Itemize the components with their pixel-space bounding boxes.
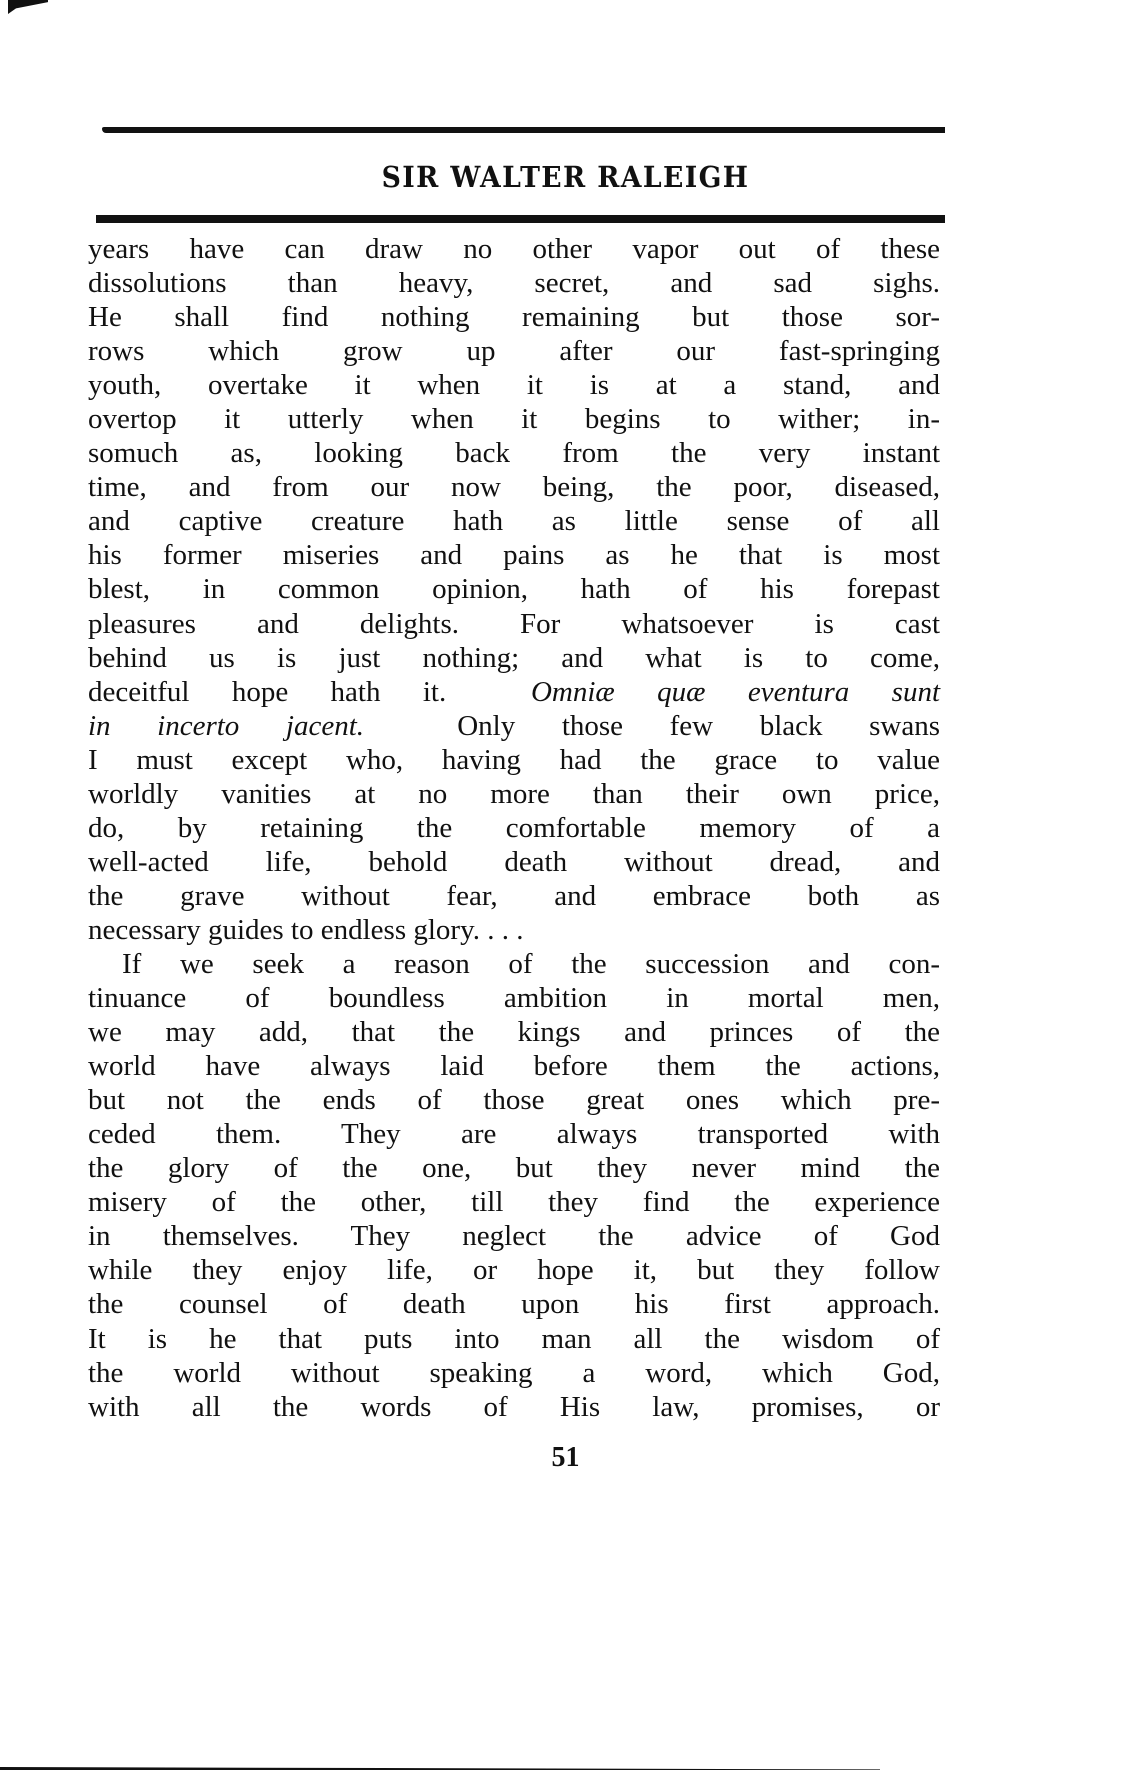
header-rule-top: [102, 127, 945, 133]
text-line: rows which grow up after our fast-spring…: [88, 334, 940, 368]
text-line: somuch as, looking back from the very in…: [88, 436, 940, 470]
text-line: blest, in common opinion, hath of his fo…: [88, 572, 940, 606]
latin-phrase: Omniæ quæ eventura sunt: [531, 676, 940, 708]
text-line: dissolutions than heavy, secret, and sad…: [88, 266, 940, 300]
text-line: youth, overtake it when it is at a stand…: [88, 368, 940, 402]
text-line: It is he that puts into man all the wisd…: [88, 1322, 940, 1356]
text-line: I must except who, having had the grace …: [88, 743, 940, 777]
text-line: in themselves. They neglect the advice o…: [88, 1219, 940, 1253]
body-text: years have can draw no other vapor out o…: [88, 232, 940, 1424]
text-line: years have can draw no other vapor out o…: [88, 232, 940, 266]
text-line: world have always laid before them the a…: [88, 1049, 940, 1083]
latin-phrase: in incerto jacent.: [88, 710, 364, 742]
text-span: Only those few black swans: [457, 710, 940, 742]
text-line: while they enjoy life, or hope it, but t…: [88, 1253, 940, 1287]
text-line: behind us is just nothing; and what is t…: [88, 641, 940, 675]
text-line: ceded them. They are always transported …: [88, 1117, 940, 1151]
text-line: misery of the other, till they find the …: [88, 1185, 940, 1219]
text-span: deceitful hope hath it.: [88, 676, 446, 708]
text-line: He shall find nothing remaining but thos…: [88, 300, 940, 334]
text-line: the glory of the one, but they never min…: [88, 1151, 940, 1185]
text-line-mixed: deceitful hope hath it. Omniæ quæ eventu…: [88, 675, 940, 709]
text-line: the grave without fear, and embrace both…: [88, 879, 940, 913]
text-line: but not the ends of those great ones whi…: [88, 1083, 940, 1117]
text-line: and captive creature hath as little sens…: [88, 504, 940, 538]
page-bottom-edge: [0, 1767, 880, 1770]
text-line: pleasures and delights. For whatsoever i…: [88, 607, 940, 641]
text-line: worldly vanities at no more than their o…: [88, 777, 940, 811]
text-line: do, by retaining the comfortable memory …: [88, 811, 940, 845]
text-line: tinuance of boundless ambition in mortal…: [88, 981, 940, 1015]
text-line: his former miseries and pains as he that…: [88, 538, 940, 572]
text-line: overtop it utterly when it begins to wit…: [88, 402, 940, 436]
text-line: we may add, that the kings and princes o…: [88, 1015, 940, 1049]
text-line: If we seek a reason of the succession an…: [88, 947, 940, 981]
text-line-mixed: in incerto jacent. Only those few black …: [88, 709, 940, 743]
page-corner-mark: [8, 0, 48, 14]
text-line: with all the words of His law, promises,…: [88, 1390, 940, 1424]
text-line: the world without speaking a word, which…: [88, 1356, 940, 1390]
header-rule-bottom: [96, 215, 945, 223]
text-line: well-acted life, behold death without dr…: [88, 845, 940, 879]
text-line: the counsel of death upon his first appr…: [88, 1287, 940, 1321]
running-head: SIR WALTER RALEIGH: [45, 160, 1086, 194]
text-line: necessary guides to endless glory. . . .: [88, 913, 940, 947]
page-number: 51: [0, 1442, 1131, 1474]
text-line: time, and from our now being, the poor, …: [88, 470, 940, 504]
